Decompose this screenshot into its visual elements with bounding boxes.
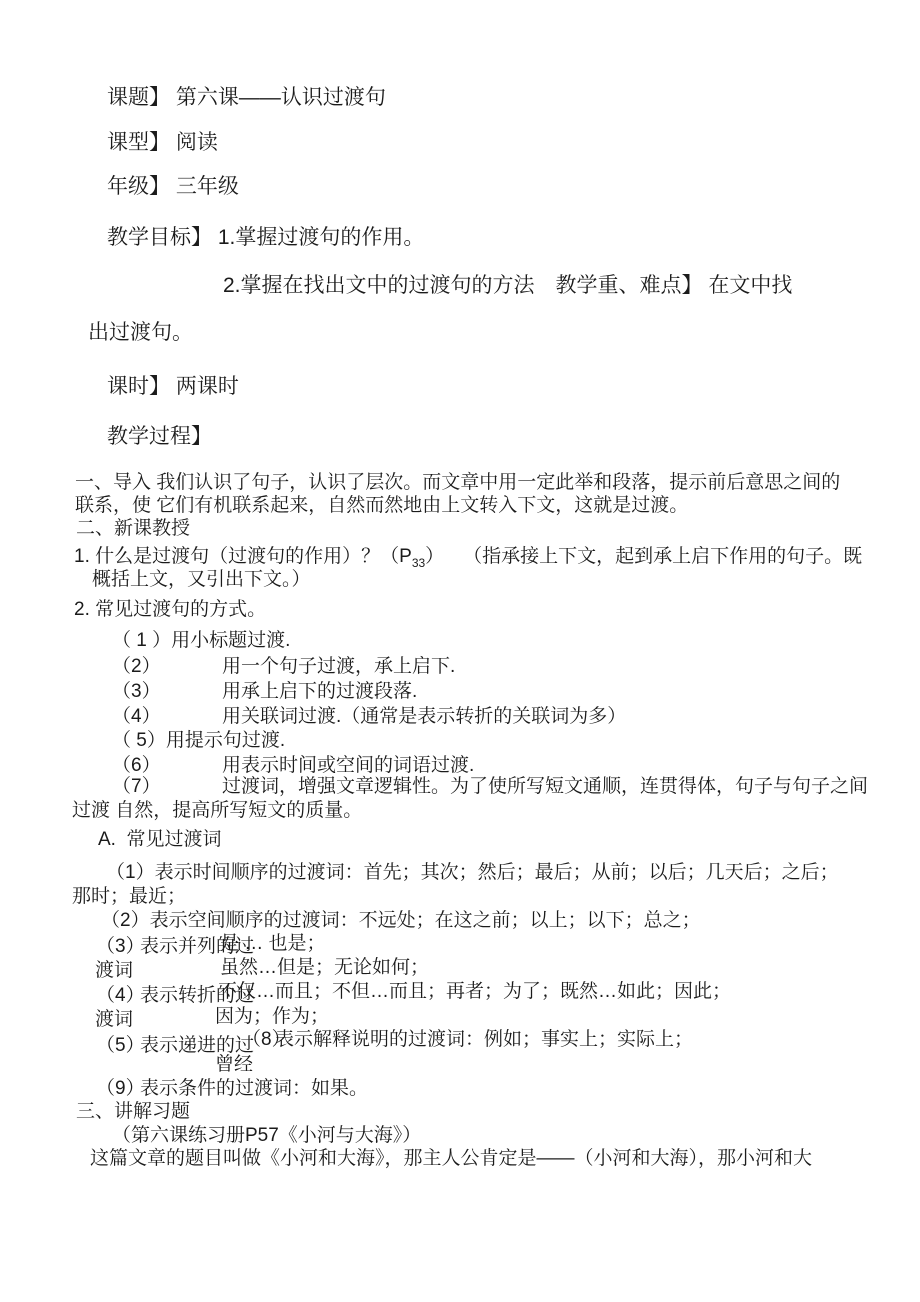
- section-3-heading: 三、讲解习题: [76, 1101, 190, 1123]
- exercise-analysis: 这篇文章的题目叫做《小河和大海》，那主人公肯定是——（小河和大海），那小河和大: [90, 1148, 812, 1170]
- header-topic: 课题】 第六课——认识过渡句: [107, 86, 386, 111]
- method-item-1: （ 1 ）用小标题过渡.: [112, 630, 290, 652]
- question-1-wrap: 概括上文，又引出下文。）: [92, 569, 311, 591]
- words-contrast-examples-2: 因为；作为；: [215, 1006, 329, 1028]
- method-item-6-text: 用表示时间或空间的词语过渡.: [222, 755, 474, 777]
- words-contrast-num: （4）: [96, 985, 145, 1007]
- method-item-7-text: 过渡词，增强文章逻辑性。为了使所写短文通顺，连贯得体，句子与句子之间: [222, 776, 868, 798]
- header-objectives: 教学目标】 1.掌握过渡句的作用。: [107, 226, 424, 251]
- words-space: （2）表示空间顺序的过渡词：不远处；在这之前；以上；以下；总之；: [101, 910, 701, 932]
- words-explain-text: 表示解释说明的过渡词：例如；事实上；实际上；: [275, 1029, 693, 1051]
- words-condition-text: 表示条件的过渡词：如果。: [140, 1078, 368, 1100]
- intro-line-1: 一、导入 我们认识了句子，认识了层次。而文章中用一定此举和段落，提示前后意思之间…: [75, 472, 840, 494]
- question-1-pre: 1. 什么是过渡句（过渡句的作用）？（P: [74, 546, 412, 567]
- section-2-heading: 二、新课教授: [76, 518, 190, 540]
- words-time: （1）表示时间顺序的过渡词：首先；其次；然后；最后；从前；以后；几天后；之后；: [106, 862, 839, 884]
- header-objectives-wrap: 出过渡句。: [88, 321, 193, 346]
- document-page: 课题】 第六课——认识过渡句 课型】 阅读 年级】 三年级 教学目标】 1.掌握…: [0, 0, 920, 1302]
- words-condition-num: （9）: [96, 1078, 145, 1100]
- method-item-2-num: （2）: [112, 656, 161, 678]
- intro-line-2: 联系，使 它们有机联系起来，自然而然地由上文转入下文，这就是过渡。: [75, 495, 688, 517]
- method-item-3-num: （3）: [112, 681, 161, 703]
- method-item-4-num: （4）: [112, 706, 161, 728]
- header-objectives-2: 2.掌握在找出文中的过渡句的方法 教学重、难点】 在文中找: [223, 274, 792, 299]
- question-1-post: ） （指承接上下文，起到承上启下作用的句子。既: [425, 546, 862, 567]
- method-item-3-text: 用承上启下的过渡段落.: [222, 681, 417, 703]
- method-item-7-wrap: 过渡 自然，提高所写短文的质量。: [72, 800, 362, 822]
- page-ref-subscript: 33: [412, 556, 425, 570]
- words-contrast-label-wrap: 渡词: [95, 1009, 133, 1031]
- method-item-7-num: （7）: [112, 776, 161, 798]
- method-item-4-text: 用关联词过渡.（通常是表示转折的关联词为多）: [222, 706, 626, 728]
- words-contrast-examples-1: 不仅…而且；不但…而且；再者；为了；既然…如此；因此；: [218, 981, 731, 1003]
- header-lesson-type: 课型】 阅读: [107, 131, 218, 156]
- words-parallel-examples-1: 是 … 也是；: [220, 933, 326, 955]
- transition-words-heading: A. 常见过渡词: [98, 829, 222, 851]
- question-1: 1. 什么是过渡句（过渡句的作用）？（P33） （指承接上下文，起到承上启下作用…: [74, 546, 862, 568]
- method-item-6-num: （6）: [112, 755, 161, 777]
- words-progressive-examples: 曾经: [215, 1054, 253, 1076]
- exercise-source: （第六课练习册P57《小河与大海》）: [112, 1125, 421, 1147]
- header-periods: 课时】 两课时: [107, 375, 239, 400]
- header-process: 教学过程】: [107, 425, 212, 450]
- words-parallel-num: （3）: [96, 936, 145, 958]
- words-parallel-examples-2: 虽然…但是；无论如何；: [220, 957, 429, 979]
- words-parallel-label-wrap: 渡词: [95, 960, 133, 982]
- words-progressive-num: （5）: [96, 1035, 145, 1057]
- method-item-2-text: 用一个句子过渡，承上启下.: [222, 656, 455, 678]
- question-2: 2. 常见过渡句的方式。: [74, 599, 266, 621]
- method-item-5: （ 5）用提示句过渡.: [112, 730, 285, 752]
- header-grade: 年级】 三年级: [107, 175, 239, 200]
- words-time-wrap: 那时；最近；: [72, 886, 186, 908]
